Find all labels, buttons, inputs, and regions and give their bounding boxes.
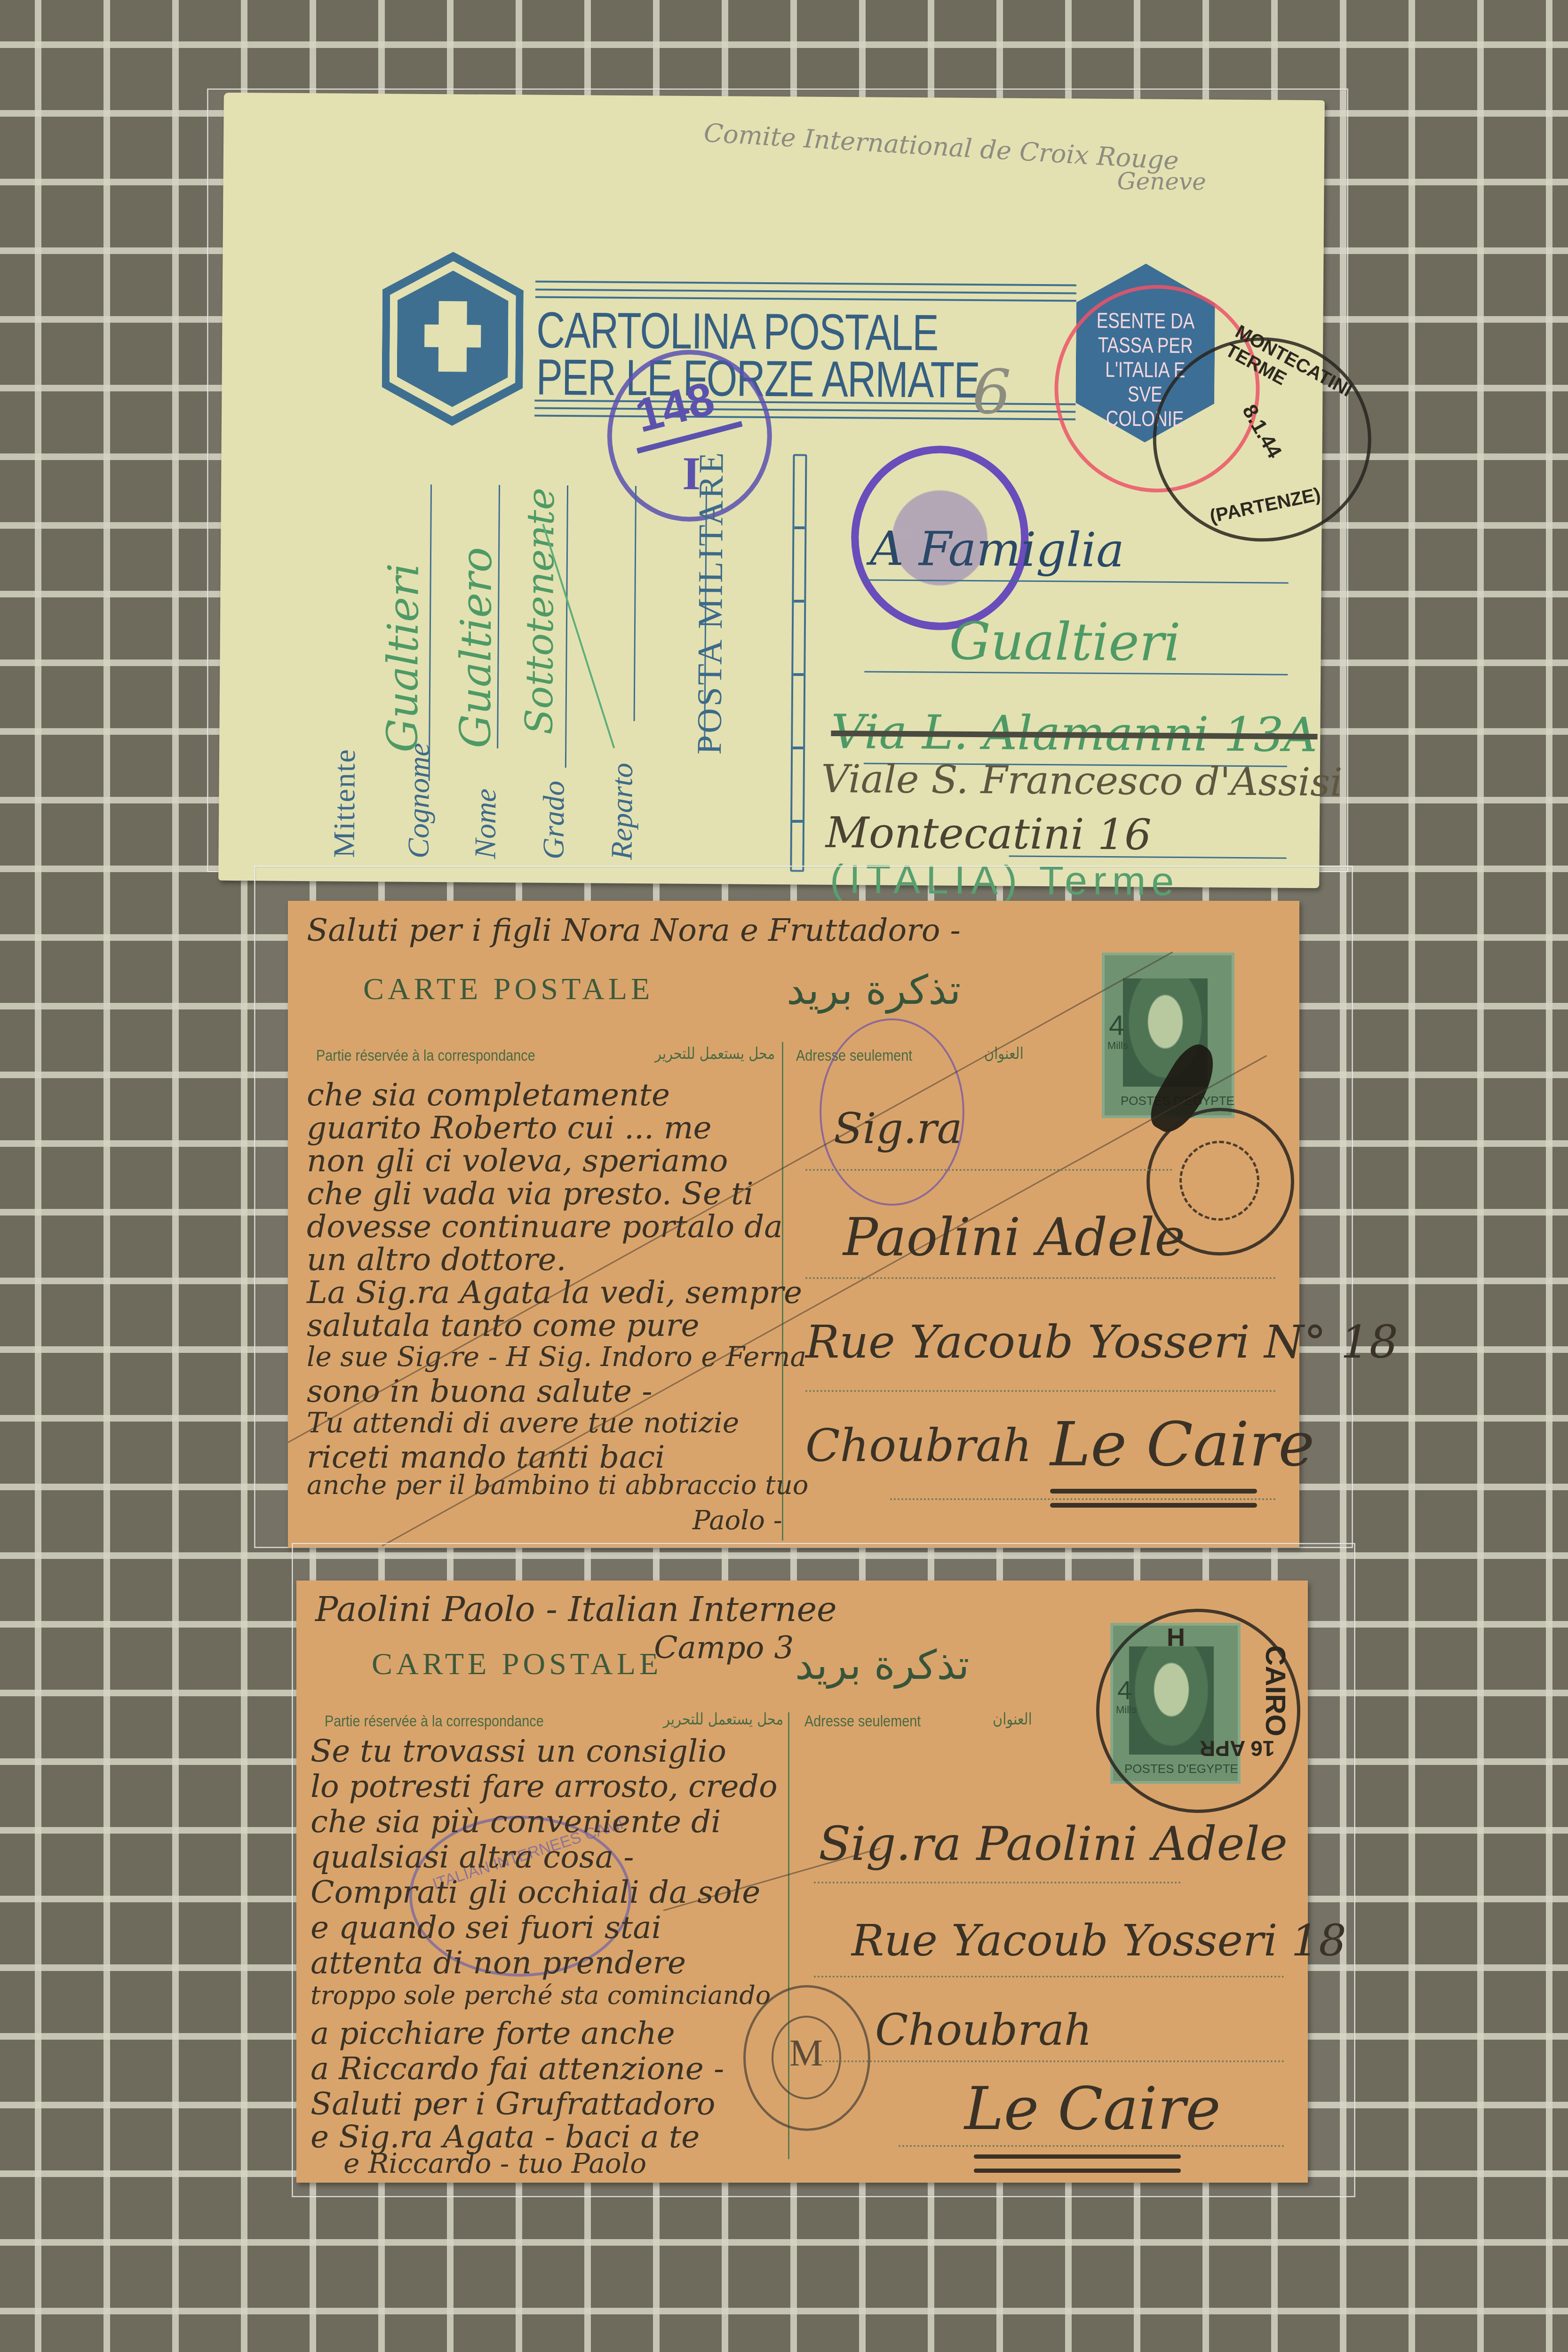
message-line: un altro dottore. (307, 1244, 566, 1275)
correspondence-label: Partie réservée à la correspondance (325, 1712, 544, 1731)
message-line: anche per il bambino ti abbraccio tuo (307, 1472, 809, 1499)
address-street: Rue Yacoub Yosseri N° 18 (805, 1319, 1398, 1365)
city-underline-1 (974, 2154, 1181, 2159)
carte-postale-title: CARTE POSTALE (372, 1646, 662, 1682)
message-signature-line: e Riccardo - tuo Paolo (343, 2150, 646, 2177)
address-dotted-line-3 (805, 1390, 1276, 1392)
top-camp-note: Campo 3 (654, 1632, 794, 1663)
message-line: lo potresti fare arrosto, credo (310, 1771, 778, 1802)
correspondence-label-arabic: محل يستعمل للتحرير (655, 1044, 775, 1063)
city-underline-1 (1050, 1489, 1257, 1494)
address-dotted-line-4 (890, 1498, 1276, 1500)
title-rule-top-2 (535, 288, 1076, 294)
address-district: Choubrah (875, 2009, 1092, 2052)
message-line: Comprati gli occhiali da sole (310, 1877, 760, 1908)
label-cognome: Cognome (401, 743, 437, 858)
label-nome: Nome (468, 788, 503, 859)
address-town: Montecatini 16 (826, 812, 1152, 857)
message-line: attenta di non prendere (310, 1947, 686, 1979)
city-underline-2 (1050, 1503, 1257, 1508)
correspondence-label-arabic: محل يستعمل للتحرير (663, 1710, 783, 1729)
reparto-line (634, 486, 637, 721)
sender-grado-handwriting: Sottotenente (520, 487, 560, 734)
postmark-date: 16 APR (1200, 1736, 1274, 1761)
address-only-label: Adresse seulement (804, 1712, 921, 1731)
message-line: non gli ci voleva, speriamo (307, 1145, 728, 1176)
crest-cross-bar (424, 325, 481, 348)
message-signature: Paolo - (692, 1508, 782, 1534)
address-city: Le Caire (1050, 1414, 1314, 1475)
message-line: e quando sei fuori stai (310, 1912, 661, 1943)
address-dotted-line-1 (805, 1169, 1172, 1171)
censorship-m-letter: M (789, 2032, 823, 2075)
carte-postale-title-arabic: تذكرة بريد (795, 1642, 969, 1689)
pencil-note-red-cross: Comite International de Croix Rouge (703, 120, 1179, 174)
address-dotted-line-2 (805, 1277, 1276, 1279)
message-line: le sue Sig.re - H Sig. Indoro e Ferna (307, 1343, 806, 1370)
top-greeting-note: Saluti per i figli Nora Nora e Fruttador… (307, 915, 961, 946)
message-line: Se tu trovassi un consiglio (310, 1736, 726, 1767)
address-street-old: Via L. Alamanni 13A (831, 708, 1318, 759)
message-line: Saluti per i Grufrattadoro (310, 2089, 715, 2120)
address-dotted-line-3 (814, 2060, 1284, 2062)
title-rule-top-1 (535, 280, 1076, 286)
address-district: Choubrah (805, 1423, 1032, 1468)
address-street: Rue Yacoub Yosseri 18 (852, 1919, 1346, 1963)
message-line: qualsiasi altra cosa - (310, 1842, 634, 1873)
pencil-numeral: 6 (972, 361, 1011, 423)
message-line: a picchiare forte anche (310, 2018, 675, 2049)
message-line: salutala tanto come pure (307, 1310, 699, 1341)
message-line: troppo sole perché sta cominciando (310, 1983, 771, 2008)
message-line: che sia completamente (307, 1080, 670, 1111)
label-reparto: Reparto (605, 763, 640, 860)
flagpole-divider (790, 454, 807, 872)
label-mittente: Mittente (327, 748, 363, 858)
address-street-new: Viale S. Francesco d'Assisi (821, 760, 1342, 803)
message-line: sono in buona salute - (307, 1376, 652, 1407)
address-only-label-arabic: العنوان (993, 1710, 1032, 1729)
address-dotted-line-4 (899, 2145, 1284, 2147)
city-underline-2 (974, 2169, 1181, 2173)
top-sender-note: Paolini Paolo - Italian Internee (315, 1592, 837, 1626)
address-name: Paolini Adele (843, 1211, 1185, 1263)
address-dotted-line-1 (814, 1882, 1181, 1883)
italian-military-postcard[interactable]: Comite International de Croix Rouge Gene… (218, 93, 1325, 888)
stamp-value: 4 (1109, 1009, 1124, 1041)
address-name: Sig.ra Paolini Adele (819, 1820, 1288, 1867)
carte-postale-title: CARTE POSTALE (363, 971, 653, 1007)
message-line: guarito Roberto cui ... me (307, 1112, 712, 1144)
address-dotted-line-2 (814, 1976, 1284, 1978)
message-line: riceti mando tanti baci (307, 1442, 665, 1473)
postmark-town: CAIRO (1259, 1645, 1292, 1736)
pencil-note-geneve: Geneve (1117, 169, 1206, 193)
message-line: dovesse continuare portalo da (307, 1211, 783, 1242)
censorship-postmark-inner (1179, 1141, 1259, 1221)
carte-postale-title-arabic: تذكرة بريد (787, 967, 961, 1014)
posta-militare-label: POSTA MILITARE (690, 450, 732, 755)
sender-cognome-handwriting: Gualtieri (382, 563, 425, 753)
message-line: che sia più conveniente di (310, 1806, 721, 1837)
message-line: a Riccardo fai attenzione - (310, 2053, 724, 2084)
stamp-unit: Mills (1107, 1040, 1128, 1052)
message-line: La Sig.ra Agata la vedi, sempre (307, 1277, 802, 1308)
label-grado: Grado (536, 780, 572, 859)
address-city: Le Caire (964, 2079, 1221, 2138)
address-title: Sig.ra (834, 1108, 962, 1150)
sender-nome-handwriting: Gualtiero (454, 547, 498, 748)
cognome-line (429, 485, 432, 781)
message-line: che gli vada via presto. Se ti (307, 1178, 754, 1209)
grado-line (565, 485, 568, 768)
message-line: Tu attendi di avere tue notizie (307, 1409, 739, 1437)
postmark-code: H (1167, 1623, 1185, 1652)
correspondence-label: Partie réservée à la correspondance (316, 1047, 535, 1065)
egypt-postcard-2[interactable]: Paolini Paolo - Italian Internee Campo 3… (296, 1581, 1308, 2183)
address-addressee: A Famiglia (870, 525, 1124, 574)
title-rule-top-3 (535, 296, 1076, 302)
address-surname: Gualtieri (949, 615, 1180, 668)
egypt-postcard-1[interactable]: Saluti per i figli Nora Nora e Fruttador… (288, 901, 1299, 1548)
